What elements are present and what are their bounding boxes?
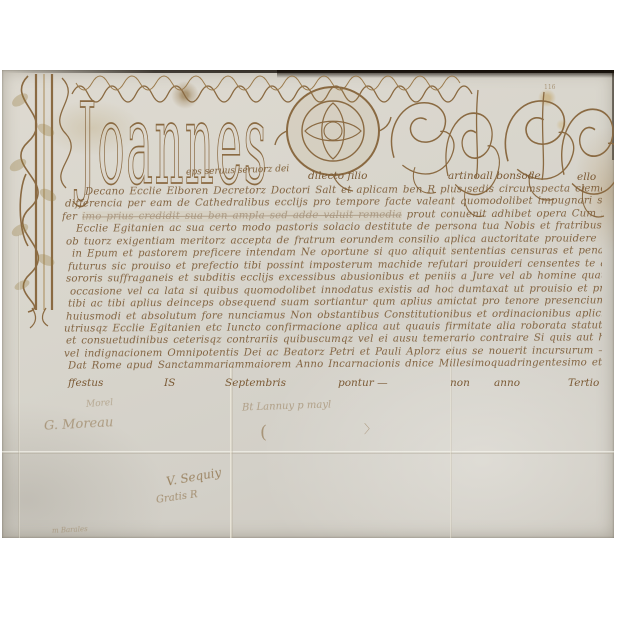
dateline-word-5: non: [450, 377, 470, 389]
dateline-word-4: pontur —: [338, 377, 388, 389]
heading-address-word-2: artinoall bonsode: [448, 170, 541, 182]
ink-mark-1: (: [260, 422, 267, 443]
signature-1: Morel: [86, 398, 114, 410]
manuscript-photo: Joannes eps seruus seruorz dei dilecto f…: [2, 70, 614, 538]
heading-address-word-1: dilecto filio: [308, 170, 367, 182]
ink-mark-2: 〉: [364, 420, 376, 437]
dateline-word-2: IS: [164, 377, 175, 389]
ink-mark-3: 116: [544, 84, 555, 91]
dateline-word-1: ffestus: [68, 377, 103, 389]
heading-address-word-3: ello: [577, 171, 596, 183]
left-border-foliage: [8, 74, 71, 328]
dateline-word-6: anno: [494, 377, 520, 389]
dateline-word-3: Septembris: [225, 377, 286, 389]
page: { "matte_color": "#ffffff", "colors": { …: [0, 0, 620, 620]
dateline-word-7: Tertio: [568, 377, 599, 389]
struck-through-text: imo prius credidit sua ben ampla sed add…: [82, 209, 402, 222]
